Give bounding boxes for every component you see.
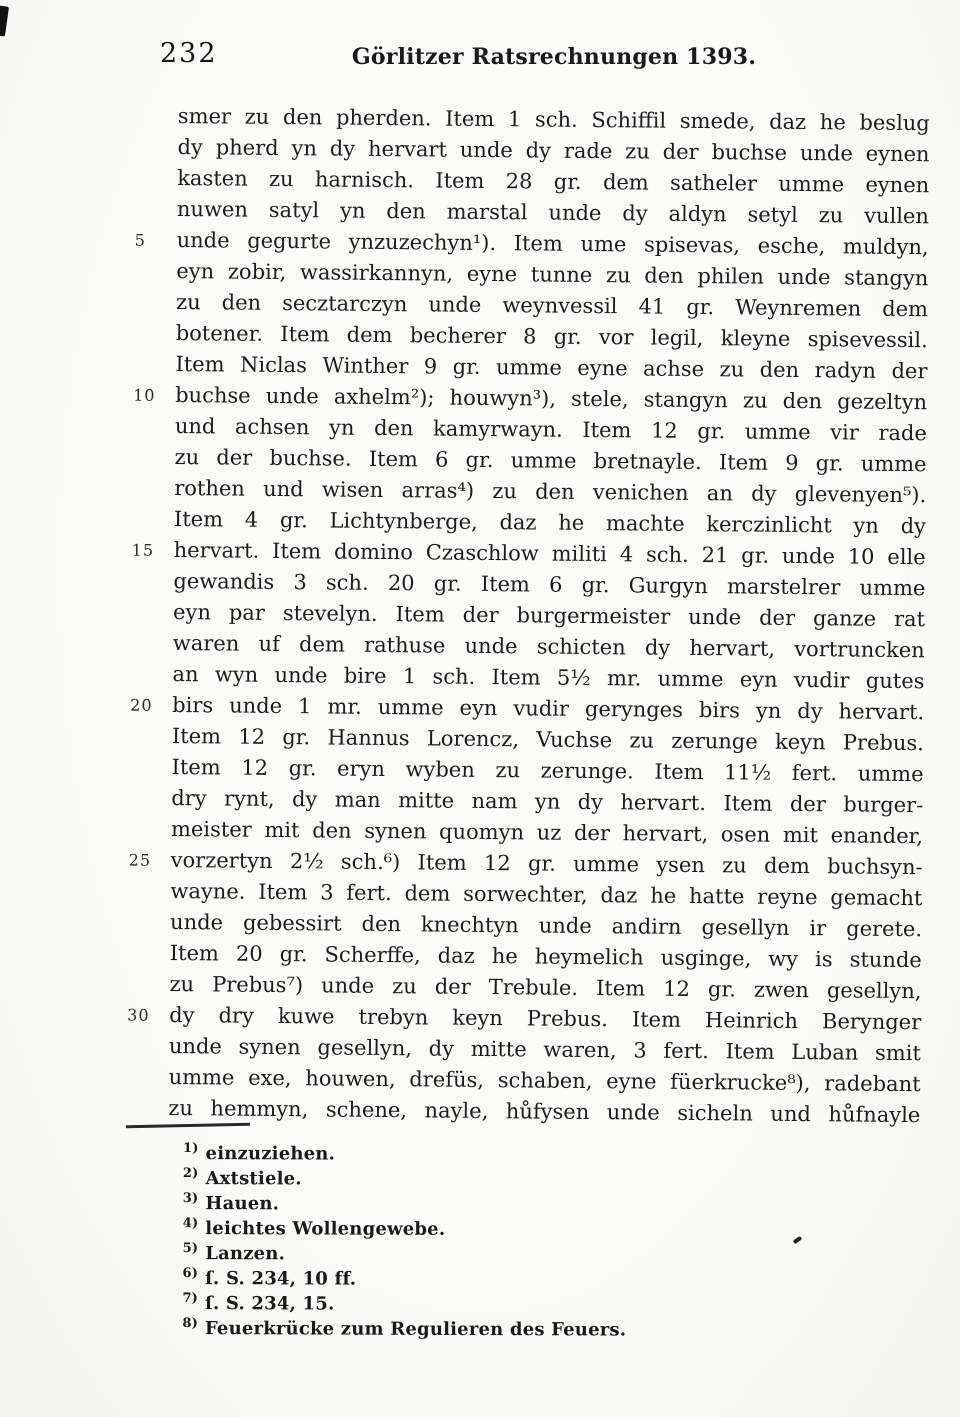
body-line: zu hemmyn, schene, nayle, hůfysen unde s… — [168, 1093, 920, 1131]
footnote-marker: 8) — [182, 1319, 198, 1329]
footnotes: 1)einzuziehen.2)Axtstiele.3)Hauen.4)leic… — [182, 1141, 803, 1343]
footnote-marker: 7) — [182, 1294, 198, 1304]
footnote-marker: 1) — [183, 1144, 199, 1154]
margin-line-number: 15 — [132, 538, 155, 564]
margin-line-number: 20 — [130, 693, 153, 719]
footnote-separator — [126, 1123, 250, 1129]
footnote-marker: 2) — [183, 1169, 199, 1179]
footnote-line: 4)leichtes Wollengewebe. — [183, 1216, 803, 1243]
margin-line-number: 10 — [133, 383, 156, 409]
body-line-text: zu hemmyn, schene, nayle, hůfysen unde s… — [168, 1093, 920, 1131]
footnote-text: einzuziehen. — [206, 1143, 336, 1164]
footnote-text: ſ. S. 234, 10 ff. — [205, 1268, 356, 1290]
scanned-book-page: 232 Görlitzer Ratsrechnungen 1393. smer … — [0, 0, 960, 1417]
scan-artifact-top-left — [0, 5, 9, 36]
footnote-line: 7)ſ. S. 234, 15. — [182, 1291, 802, 1318]
footnote-line: 2)Axtstiele. — [183, 1166, 803, 1193]
footnote-text: Axtstiele. — [205, 1168, 301, 1189]
footnote-text: leichtes Wollengewebe. — [205, 1218, 445, 1240]
footnote-line: 8)Feuerkrücke zum Regulieren des Feuers. — [182, 1316, 802, 1343]
footnote-text: Hauen. — [205, 1193, 279, 1214]
footnote-text: ſ. S. 234, 15. — [205, 1293, 334, 1314]
footnote-marker: 5) — [183, 1244, 199, 1254]
margin-line-number: 25 — [129, 848, 152, 874]
footnote-line: 3)Hauen. — [183, 1191, 803, 1218]
body-text: smer zu den pherden. Item 1 sch. Schiffi… — [168, 101, 930, 1131]
footnote-text: Lanzen. — [205, 1243, 285, 1264]
footnote-text: Feuerkrücke zum Regulieren des Feuers. — [205, 1318, 626, 1340]
footnote-marker: 6) — [183, 1269, 199, 1279]
margin-line-number: 5 — [135, 228, 146, 254]
footnote-marker: 4) — [183, 1219, 199, 1229]
footnote-line: 6)ſ. S. 234, 10 ff. — [182, 1266, 802, 1293]
page-header: 232 Görlitzer Ratsrechnungen 1393. — [0, 34, 960, 84]
footnote-line: 1)einzuziehen. — [183, 1141, 803, 1168]
running-title: Görlitzer Ratsrechnungen 1393. — [178, 44, 930, 70]
footnote-line: 5)Lanzen. — [183, 1241, 803, 1268]
margin-line-number: 30 — [127, 1003, 150, 1029]
footnote-marker: 3) — [183, 1194, 199, 1204]
